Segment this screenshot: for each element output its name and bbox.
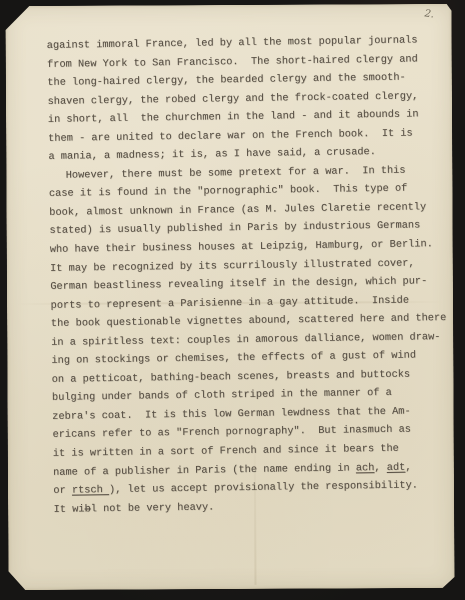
text-segment: l not be very heavy.: [91, 501, 215, 515]
underlined-text-segment: rtsch: [72, 484, 109, 497]
text-segment: case it is found in the "pornographic" b…: [49, 183, 408, 200]
text-segment: or: [53, 485, 72, 497]
page-number-annotation: 2.: [424, 8, 435, 20]
photograph-background: 2. against immoral France, led by all th…: [0, 0, 465, 600]
text-segment: It wi: [54, 503, 85, 515]
text-segment: on a petticoat, bathing-beach scenes, br…: [52, 368, 411, 385]
text-segment: ports to represent a Parisienne in a gay…: [51, 294, 410, 311]
text-segment: the book questionable vignettes abound, …: [51, 312, 447, 330]
text-segment: in short, all the churchmen in the land …: [48, 109, 419, 126]
text-segment: ), let us accept provisionally the respo…: [109, 480, 418, 497]
text-segment: shaven clergy, the robed clergy and the …: [48, 90, 419, 107]
text-segment: bulging under bands of cloth striped in …: [52, 387, 392, 404]
text-segment: them - are united to declare war on the …: [48, 127, 413, 144]
text-segment: from New York to San Francisco. The shor…: [47, 53, 418, 70]
text-segment: who have their business houses at Leipzi…: [50, 238, 433, 256]
text-segment: the long-haired clergy, the bearded cler…: [47, 72, 406, 89]
text-segment: However, there must be some pretext for …: [66, 164, 406, 181]
text-segment: a mania, a madness; it is, as I have sai…: [48, 146, 376, 163]
text-segment: zebra's coat. It is this low German lewd…: [52, 406, 411, 423]
text-segment: name of a publisher in Paris (the name e…: [53, 462, 356, 478]
text-segment: book, almost unknown in France (as M. Ju…: [49, 201, 426, 219]
typewritten-text: against immoral France, led by all the m…: [47, 31, 460, 519]
text-segment: it is written in a sort of French and si…: [53, 443, 399, 460]
underlined-text-segment: ach: [356, 462, 375, 474]
text-segment: against immoral France, led by all the m…: [47, 34, 418, 51]
text-segment: ,: [405, 461, 411, 473]
text-segment: It may be recognized by its scurrilously…: [50, 257, 415, 274]
text-segment: ,: [374, 462, 387, 474]
underlined-text-segment: adt: [387, 461, 406, 473]
text-segment: in a spiritless text: couples in amorous…: [51, 331, 440, 349]
text-segment: stated) is usually published in Paris by…: [49, 220, 420, 237]
text-segment: ericans refer to as "French pornography"…: [52, 424, 411, 441]
text-segment: German beastliness revealing itself in t…: [50, 275, 427, 293]
manuscript-page: 2. against immoral France, led by all th…: [5, 4, 454, 590]
text-segment: ing on stockings or chemises, the effect…: [51, 350, 416, 367]
